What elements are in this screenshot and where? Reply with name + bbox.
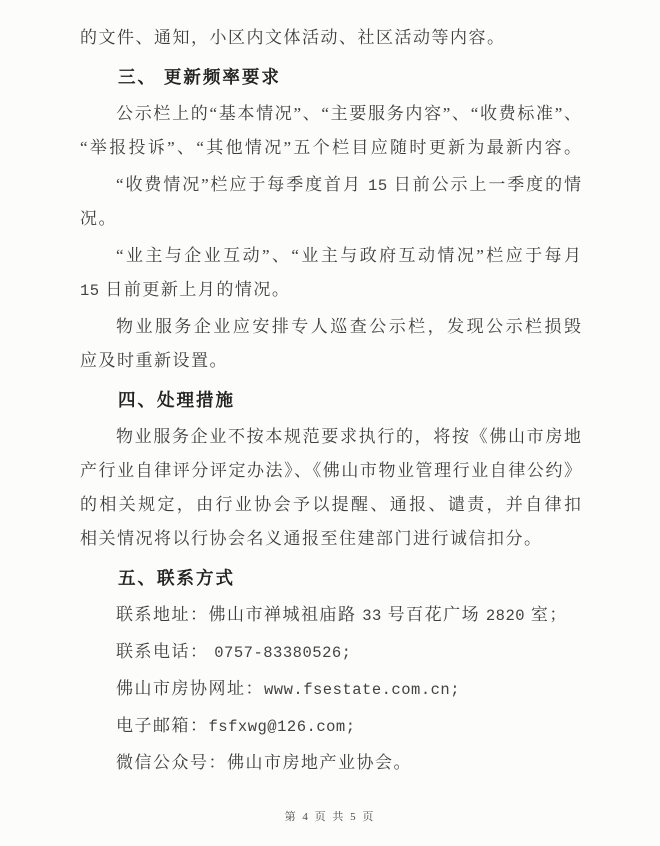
text-line: 佛山市房协网址：www.fsestate.com.cn;: [80, 672, 582, 706]
section-heading: 四、处理措施: [80, 383, 582, 417]
text-line: 物业服务企业不按本规范要求执行的，将按《佛山市房地: [80, 420, 582, 454]
cjk-text: 室；: [525, 605, 568, 624]
text-line: 物业服务企业应安排专人巡查公示栏，发现公示栏损毁的，: [80, 310, 582, 344]
cjk-text: 联系电话：: [116, 642, 214, 661]
cjk-text: 佛山市房协网址：: [116, 679, 264, 698]
latin-text: 15: [80, 282, 100, 300]
cjk-text: “举报投诉”、“其他情况”五个栏目应随时更新为最新内容。: [80, 138, 582, 157]
cjk-text: “业主与企业互动”、“业主与政府互动情况”栏应于每月: [116, 246, 582, 265]
latin-text: 33: [362, 607, 382, 625]
cjk-text: 三、 更新频率要求: [118, 67, 281, 87]
text-line: “收费情况”栏应于每季度首月 15 日前公示上一季度的情: [80, 168, 582, 202]
text-line: 况。: [80, 202, 582, 236]
latin-text: 2820: [486, 607, 525, 625]
text-line: 电子邮箱：fsfxwg@126.com;: [80, 709, 582, 743]
text-line: 联系地址：佛山市禅城祖庙路 33 号百花广场 2820 室；: [80, 598, 582, 632]
text-line: 的相关规定，由行业协会予以提醒、通报、谴责，并自律扣分，: [80, 488, 582, 522]
cjk-text: 联系地址：佛山市禅城祖庙路: [116, 605, 362, 624]
text-line: “举报投诉”、“其他情况”五个栏目应随时更新为最新内容。: [80, 131, 582, 165]
cjk-text: “收费情况”栏应于每季度首月: [116, 175, 368, 194]
cjk-text: 况。: [80, 209, 117, 228]
text-line: “业主与企业互动”、“业主与政府互动情况”栏应于每月: [80, 239, 582, 273]
cjk-text: 产行业自律评分评定办法》、《佛山市物业管理行业自律公约》: [80, 461, 582, 480]
section-heading: 五、联系方式: [80, 561, 582, 595]
cjk-text: 四、处理措施: [118, 390, 235, 410]
document-page: 的文件、通知，小区内文体活动、社区活动等内容。三、 更新频率要求公示栏上的“基本…: [0, 0, 660, 846]
text-line: 公示栏上的“基本情况”、“主要服务内容”、“收费标准”、: [80, 97, 582, 131]
document-body: 的文件、通知，小区内文体活动、社区活动等内容。三、 更新频率要求公示栏上的“基本…: [0, 0, 660, 780]
cjk-text: 的相关规定，由行业协会予以提醒、通报、谴责，并自律扣分，: [80, 495, 582, 522]
text-line: 微信公众号：佛山市房地产业协会。: [80, 746, 582, 780]
cjk-text: 的文件、通知，小区内文体活动、社区活动等内容。: [80, 28, 506, 47]
cjk-text: 日前更新上月的情况。: [100, 280, 291, 299]
cjk-text: 电子邮箱：: [116, 716, 209, 735]
cjk-text: 号百花广场: [382, 605, 486, 624]
text-line: 联系电话： 0757-83380526;: [80, 635, 582, 669]
text-line: 的文件、通知，小区内文体活动、社区活动等内容。: [80, 21, 582, 55]
cjk-text: 公示栏上的“基本情况”、“主要服务内容”、“收费标准”、: [116, 104, 582, 123]
text-line: 相关情况将以行协会名义通报至住建部门进行诚信扣分。: [80, 522, 582, 556]
latin-text: fsfxwg@126.com;: [209, 718, 356, 736]
page-footer: 第 4 页 共 5 页: [0, 808, 660, 824]
section-heading: 三、 更新频率要求: [80, 60, 582, 94]
text-line: 应及时重新设置。: [80, 344, 582, 378]
cjk-text: 日前公示上一季度的情: [388, 175, 582, 194]
cjk-text: 物业服务企业不按本规范要求执行的，将按《佛山市房地: [116, 427, 582, 446]
latin-text: 15: [368, 177, 388, 195]
cjk-text: 相关情况将以行协会名义通报至住建部门进行诚信扣分。: [80, 529, 543, 548]
text-line: 产行业自律评分评定办法》、《佛山市物业管理行业自律公约》: [80, 454, 582, 488]
cjk-text: 应及时重新设置。: [80, 351, 228, 370]
latin-text: 0757-83380526;: [214, 644, 351, 662]
latin-text: www.fsestate.com.cn;: [264, 681, 460, 699]
text-line: 15 日前更新上月的情况。: [80, 273, 582, 307]
cjk-text: 五、联系方式: [118, 568, 235, 588]
cjk-text: 微信公众号：佛山市房地产业协会。: [116, 753, 412, 772]
cjk-text: 物业服务企业应安排专人巡查公示栏，发现公示栏损毁的，: [116, 317, 582, 344]
